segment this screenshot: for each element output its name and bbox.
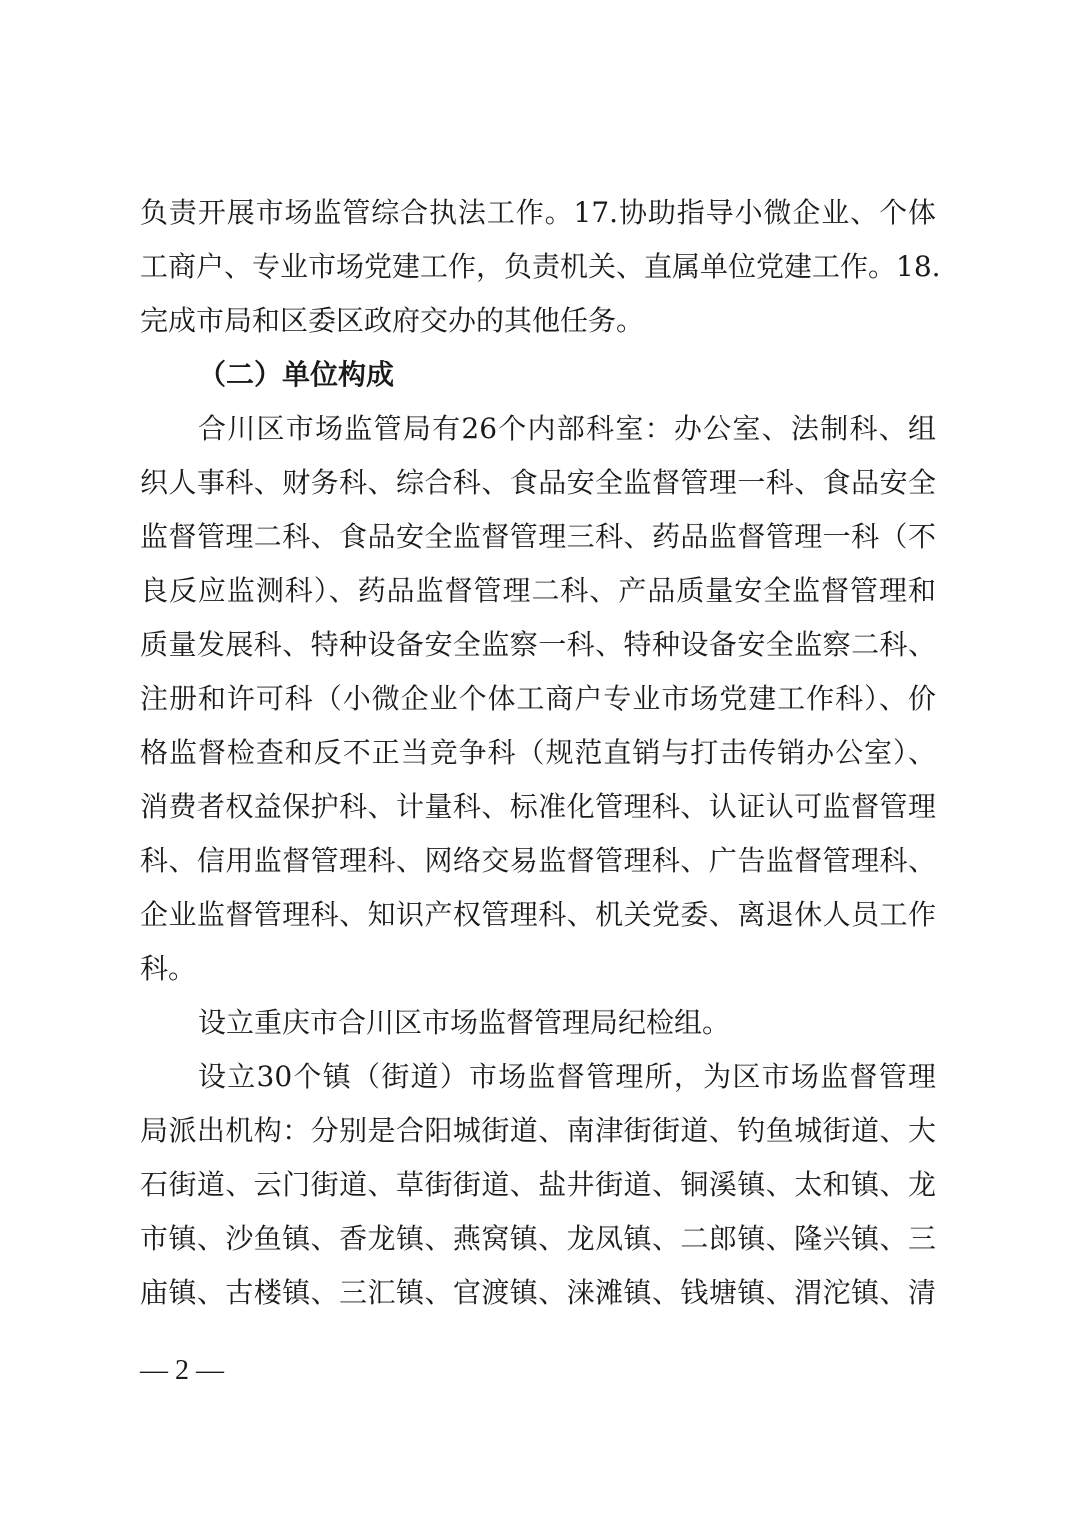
text-line: 科、信用监督管理科、网络交易监督管理科、广告监督管理科、	[140, 834, 936, 888]
text-line: 格监督检查和反不正当竞争科（规范直销与打击传销办公室）、	[140, 726, 936, 780]
text-line: 完成市局和区委区政府交办的其他任务。	[140, 294, 936, 348]
text-line: 庙镇、古楼镇、三汇镇、官渡镇、涞滩镇、钱塘镇、渭沱镇、清	[140, 1266, 936, 1320]
text-line: 良反应监测科）、药品监督管理二科、产品质量安全监督管理和	[140, 564, 936, 618]
text-line: 设立30个镇（街道）市场监督管理所，为区市场监督管理	[140, 1050, 936, 1104]
text-line: 工商户、专业市场党建工作，负责机关、直属单位党建工作。18.	[140, 240, 936, 294]
text-line: 织人事科、财务科、综合科、食品安全监督管理一科、食品安全	[140, 456, 936, 510]
document-page: 负责开展市场监管综合执法工作。17.协助指导小微企业、个体 工商户、专业市场党建…	[140, 186, 936, 1320]
text-line: 合川区市场监管局有26个内部科室：办公室、法制科、组	[140, 402, 936, 456]
text-line: 企业监督管理科、知识产权管理科、机关党委、离退休人员工作	[140, 888, 936, 942]
text-line: 注册和许可科（小微企业个体工商户专业市场党建工作科）、价	[140, 672, 936, 726]
text-line: 局派出机构：分别是合阳城街道、南津街街道、钓鱼城街道、大	[140, 1104, 936, 1158]
section-heading: （二）单位构成	[140, 348, 936, 402]
text-line: 石街道、云门街道、草街街道、盐井街道、铜溪镇、太和镇、龙	[140, 1158, 936, 1212]
text-line: 科。	[140, 942, 936, 996]
text-line: 设立重庆市合川区市场监督管理局纪检组。	[140, 996, 936, 1050]
text-line: 消费者权益保护科、计量科、标准化管理科、认证认可监督管理	[140, 780, 936, 834]
text-line: 质量发展科、特种设备安全监察一科、特种设备安全监察二科、	[140, 618, 936, 672]
text-line: 监督管理二科、食品安全监督管理三科、药品监督管理一科（不	[140, 510, 936, 564]
text-line: 市镇、沙鱼镇、香龙镇、燕窝镇、龙凤镇、二郎镇、隆兴镇、三	[140, 1212, 936, 1266]
text-line: 负责开展市场监管综合执法工作。17.协助指导小微企业、个体	[140, 186, 936, 240]
page-number: — 2 —	[140, 1355, 224, 1387]
